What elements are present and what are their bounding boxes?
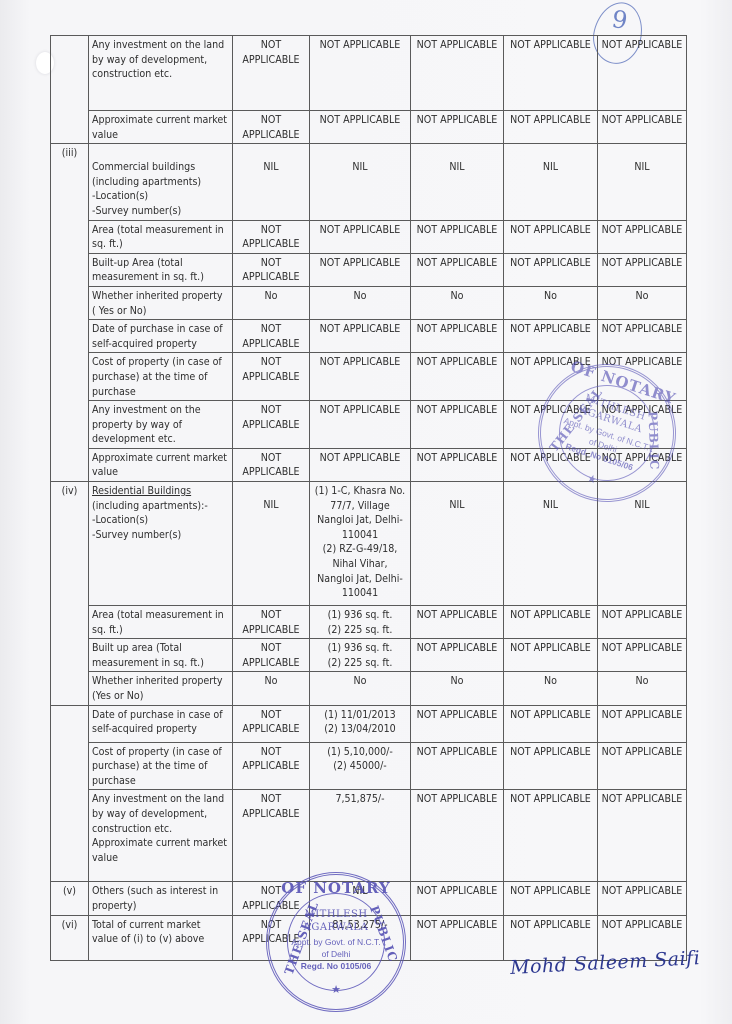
value-cell: (1) 936 sq. ft. (2) 225 sq. ft. — [310, 606, 411, 639]
value-text: NOT APPLICABLE — [510, 224, 591, 236]
value-text: NOT APPLICABLE — [320, 257, 401, 269]
value-text: No — [354, 290, 367, 302]
row-label: Total of current market value of (i) to … — [89, 915, 233, 960]
value-text: NOT APPLICABLE — [510, 746, 591, 758]
row-label: Any investment on the land by way of dev… — [89, 36, 233, 111]
row-label: Date of purchase in case of self-acquire… — [89, 705, 233, 742]
value-cell: NOT APPLICABLE — [504, 790, 598, 882]
value-cell: NOT APPLICABLE — [411, 882, 504, 915]
value-text: NOT APPLICABLE — [602, 323, 683, 335]
value-text: NOT APPLICABLE — [417, 642, 498, 654]
value-text: NOT APPLICABLE — [510, 323, 591, 335]
value-cell: NOT APPLICABLE — [504, 220, 598, 253]
value-text: NOT APPLICABLE — [602, 642, 683, 654]
value-text: NOT APPLICABLE — [510, 642, 591, 654]
row-label: Any investment on the property by way of… — [89, 401, 233, 449]
value-cell: NOT APPLICABLE — [504, 353, 598, 401]
value-text: NIL — [263, 161, 278, 173]
value-cell: NOT APPLICABLE — [504, 606, 598, 639]
value-text: NOT APPLICABLE — [417, 452, 498, 464]
value-text: (1) 1-C, Khasra No. 77/7, Village Nanglo… — [315, 485, 405, 599]
row-label-text: Cost of property (in case of purchase) a… — [92, 356, 222, 397]
table-row: (iii)Commercial buildings (including apa… — [51, 144, 687, 220]
value-text: NIL — [352, 885, 367, 897]
value-cell: NOT APPLICABLE — [598, 220, 687, 253]
value-text: (1) 11/01/2013 (2) 13/04/2010 — [324, 709, 395, 736]
value-cell: NOT APPLICABLE — [411, 401, 504, 449]
table-row: Built-up Area (total measurement in sq. … — [51, 253, 687, 286]
value-cell: NOT APPLICABLE — [233, 790, 310, 882]
value-cell: NOT APPLICABLE — [504, 882, 598, 915]
value-cell: NOT APPLICABLE — [598, 36, 687, 111]
value-cell: NOT APPLICABLE — [310, 220, 411, 253]
item-index — [51, 36, 89, 144]
table-row: Any investment on the land by way of dev… — [51, 36, 687, 111]
value-text: (1) 5,10,000/- (2) 45000/- — [327, 746, 393, 773]
value-text: NIL — [352, 161, 367, 173]
value-cell: No — [411, 286, 504, 319]
value-cell: NOT APPLICABLE — [411, 111, 504, 144]
value-text: NOT APPLICABLE — [510, 257, 591, 269]
row-label-text: Any investment on the land by way of dev… — [92, 793, 227, 863]
row-label: Approximate current market value — [89, 111, 233, 144]
value-text: NOT APPLICABLE — [242, 793, 299, 820]
value-text: NOT APPLICABLE — [242, 642, 299, 669]
value-cell: NOT APPLICABLE — [504, 705, 598, 742]
row-label: Cost of property (in case of purchase) a… — [89, 742, 233, 790]
value-cell: NOT APPLICABLE — [598, 253, 687, 286]
row-label-text: Area (total measurement in sq. ft.) — [92, 609, 224, 636]
table-row: Whether inherited property ( Yes or No)N… — [51, 286, 687, 319]
value-cell: NIL — [504, 144, 598, 220]
value-text: No — [265, 290, 278, 302]
value-text: NOT APPLICABLE — [417, 257, 498, 269]
value-cell: 7,51,875/- — [310, 790, 411, 882]
value-text: NOT APPLICABLE — [242, 356, 299, 383]
value-cell: NOT APPLICABLE — [411, 320, 504, 353]
value-text: NOT APPLICABLE — [510, 885, 591, 897]
value-text: NOT APPLICABLE — [417, 709, 498, 721]
table-row: Whether inherited property (Yes or No)No… — [51, 672, 687, 705]
table-row: Any investment on the land by way of dev… — [51, 790, 687, 882]
table-row: Cost of property (in case of purchase) a… — [51, 742, 687, 790]
value-text: No — [265, 675, 278, 687]
value-text: NIL — [449, 161, 464, 173]
table-row: Date of purchase in case of self-acquire… — [51, 705, 687, 742]
value-cell: NOT APPLICABLE — [233, 320, 310, 353]
value-text: NOT APPLICABLE — [320, 452, 401, 464]
row-label-text: Date of purchase in case of self-acquire… — [92, 709, 223, 736]
value-text: NOT APPLICABLE — [242, 452, 299, 479]
item-index — [51, 705, 89, 882]
value-text: 7,51,875/- — [335, 793, 384, 805]
value-text: NOT APPLICABLE — [417, 224, 498, 236]
value-cell: NOT APPLICABLE — [598, 882, 687, 915]
value-cell: No — [310, 672, 411, 705]
row-label-text: Whether inherited property (Yes or No) — [92, 675, 223, 702]
value-text: NOT APPLICABLE — [242, 709, 299, 736]
value-cell: (1) 5,10,000/- (2) 45000/- — [310, 742, 411, 790]
row-label: Date of purchase in case of self-acquire… — [89, 320, 233, 353]
star-icon: ★ — [269, 983, 403, 996]
value-text: NOT APPLICABLE — [510, 793, 591, 805]
value-cell: NOT APPLICABLE — [310, 353, 411, 401]
value-cell: 81,53,275/- — [310, 915, 411, 960]
value-cell: NOT APPLICABLE — [411, 742, 504, 790]
row-label-text: Built up area (Total measurement in sq. … — [92, 642, 204, 669]
value-cell: NOT APPLICABLE — [233, 448, 310, 481]
value-cell: NOT APPLICABLE — [598, 705, 687, 742]
value-cell: NIL — [310, 882, 411, 915]
value-text: NOT APPLICABLE — [320, 404, 401, 416]
value-cell: NOT APPLICABLE — [233, 220, 310, 253]
value-text: NOT APPLICABLE — [602, 257, 683, 269]
item-index: (vi) — [51, 915, 89, 960]
value-cell: NOT APPLICABLE — [598, 448, 687, 481]
value-cell: NOT APPLICABLE — [504, 401, 598, 449]
value-cell: NOT APPLICABLE — [411, 915, 504, 960]
value-text: No — [544, 290, 557, 302]
value-cell: NIL — [411, 482, 504, 606]
value-cell: NOT APPLICABLE — [233, 353, 310, 401]
value-text: NOT APPLICABLE — [417, 404, 498, 416]
row-label-text: Whether inherited property ( Yes or No) — [92, 290, 223, 317]
value-cell: No — [233, 286, 310, 319]
value-text: NOT APPLICABLE — [602, 709, 683, 721]
value-cell: NOT APPLICABLE — [598, 639, 687, 672]
value-text: (1) 936 sq. ft. (2) 225 sq. ft. — [328, 609, 393, 636]
value-text: NOT APPLICABLE — [242, 39, 299, 66]
value-text: No — [636, 675, 649, 687]
row-label-text: Any investment on the land by way of dev… — [92, 39, 224, 80]
row-label: Whether inherited property (Yes or No) — [89, 672, 233, 705]
value-text: NOT APPLICABLE — [602, 452, 683, 464]
value-cell: NOT APPLICABLE — [411, 606, 504, 639]
row-label-rest: (including apartments):- -Location(s) -S… — [92, 500, 208, 541]
value-text: NOT APPLICABLE — [417, 39, 498, 51]
value-cell: No — [504, 672, 598, 705]
table-row: (iv)Residential Buildings (including apa… — [51, 482, 687, 606]
value-cell: NIL — [598, 144, 687, 220]
value-cell: NOT APPLICABLE — [411, 639, 504, 672]
value-cell: NOT APPLICABLE — [598, 742, 687, 790]
value-cell: NOT APPLICABLE — [598, 320, 687, 353]
value-text: No — [636, 290, 649, 302]
row-label: Approximate current market value — [89, 448, 233, 481]
value-text: NOT APPLICABLE — [602, 224, 683, 236]
table-row: Area (total measurement in sq. ft.)NOT A… — [51, 220, 687, 253]
row-label-text: Others (such as interest in property) — [92, 885, 218, 912]
row-label-text: Cost of property (in case of purchase) a… — [92, 746, 222, 787]
value-cell: NOT APPLICABLE — [598, 606, 687, 639]
value-cell: (1) 936 sq. ft. (2) 225 sq. ft. — [310, 639, 411, 672]
value-cell: NOT APPLICABLE — [233, 36, 310, 111]
value-cell: No — [598, 672, 687, 705]
row-label: Commercial buildings (including apartmen… — [89, 144, 233, 220]
value-cell: NOT APPLICABLE — [233, 639, 310, 672]
asset-declaration-table: Any investment on the land by way of dev… — [50, 35, 687, 961]
value-cell: NOT APPLICABLE — [504, 320, 598, 353]
value-text: NOT APPLICABLE — [417, 356, 498, 368]
table-row: Built up area (Total measurement in sq. … — [51, 639, 687, 672]
row-label: Area (total measurement in sq. ft.) — [89, 606, 233, 639]
value-text: NOT APPLICABLE — [417, 919, 498, 931]
value-text: NOT APPLICABLE — [602, 114, 683, 126]
row-label: Cost of property (in case of purchase) a… — [89, 353, 233, 401]
value-text: NOT APPLICABLE — [320, 224, 401, 236]
value-cell: (1) 11/01/2013 (2) 13/04/2010 — [310, 705, 411, 742]
value-cell: NOT APPLICABLE — [504, 253, 598, 286]
value-cell: NOT APPLICABLE — [310, 253, 411, 286]
value-cell: NOT APPLICABLE — [310, 36, 411, 111]
value-cell: NOT APPLICABLE — [598, 790, 687, 882]
value-text: NOT APPLICABLE — [242, 609, 299, 636]
value-text: NOT APPLICABLE — [510, 356, 591, 368]
value-cell: NOT APPLICABLE — [504, 742, 598, 790]
row-label: Area (total measurement in sq. ft.) — [89, 220, 233, 253]
row-label-text: Built-up Area (total measurement in sq. … — [92, 257, 204, 284]
value-cell: NOT APPLICABLE — [504, 448, 598, 481]
value-text: NOT APPLICABLE — [320, 323, 401, 335]
value-cell: NOT APPLICABLE — [310, 320, 411, 353]
value-text: NOT APPLICABLE — [320, 39, 401, 51]
value-cell: NOT APPLICABLE — [411, 253, 504, 286]
value-cell: NOT APPLICABLE — [504, 36, 598, 111]
row-label-text: Total of current market value of (i) to … — [92, 919, 204, 946]
value-text: NOT APPLICABLE — [510, 919, 591, 931]
value-text: NOT APPLICABLE — [417, 746, 498, 758]
table-row: Cost of property (in case of purchase) a… — [51, 353, 687, 401]
value-text: NIL — [634, 161, 649, 173]
value-text: NOT APPLICABLE — [242, 323, 299, 350]
row-label: Whether inherited property ( Yes or No) — [89, 286, 233, 319]
value-text: NOT APPLICABLE — [242, 224, 299, 251]
value-cell: NOT APPLICABLE — [598, 401, 687, 449]
row-label: Any investment on the land by way of dev… — [89, 790, 233, 882]
value-text: NIL — [543, 499, 558, 511]
value-text: NOT APPLICABLE — [602, 609, 683, 621]
value-cell: NOT APPLICABLE — [598, 353, 687, 401]
value-cell: NOT APPLICABLE — [233, 915, 310, 960]
value-cell: NOT APPLICABLE — [411, 790, 504, 882]
value-text: NOT APPLICABLE — [602, 919, 683, 931]
value-cell: NOT APPLICABLE — [598, 111, 687, 144]
stamp-registration: Regd. No 0105/06 — [269, 961, 403, 971]
value-cell: (1) 1-C, Khasra No. 77/7, Village Nanglo… — [310, 482, 411, 606]
value-cell: No — [233, 672, 310, 705]
value-text: NOT APPLICABLE — [602, 746, 683, 758]
value-cell: NOT APPLICABLE — [233, 882, 310, 915]
value-cell: NOT APPLICABLE — [233, 253, 310, 286]
value-cell: NOT APPLICABLE — [310, 401, 411, 449]
table-body: Any investment on the land by way of dev… — [51, 36, 687, 961]
value-text: No — [354, 675, 367, 687]
value-text: NIL — [543, 161, 558, 173]
value-cell: NOT APPLICABLE — [233, 606, 310, 639]
value-cell: NIL — [411, 144, 504, 220]
value-text: NOT APPLICABLE — [242, 257, 299, 284]
table-row: Approximate current market valueNOT APPL… — [51, 111, 687, 144]
value-text: NOT APPLICABLE — [417, 323, 498, 335]
value-text: NOT APPLICABLE — [510, 709, 591, 721]
value-text: NIL — [634, 499, 649, 511]
value-cell: No — [504, 286, 598, 319]
value-text: NOT APPLICABLE — [242, 919, 299, 946]
value-text: NOT APPLICABLE — [242, 404, 299, 431]
value-text: NOT APPLICABLE — [510, 452, 591, 464]
row-label-underlined: Residential Buildings — [92, 485, 191, 497]
value-text: NIL — [263, 499, 278, 511]
value-text: NOT APPLICABLE — [417, 114, 498, 126]
value-cell: No — [411, 672, 504, 705]
row-label: Built-up Area (total measurement in sq. … — [89, 253, 233, 286]
table-row: Any investment on the property by way of… — [51, 401, 687, 449]
row-label-text: Approximate current market value — [92, 114, 227, 141]
row-label: Built up area (Total measurement in sq. … — [89, 639, 233, 672]
row-label-text: Approximate current market value — [92, 452, 227, 479]
value-cell: No — [598, 286, 687, 319]
value-cell: NIL — [233, 144, 310, 220]
value-cell: NIL — [310, 144, 411, 220]
value-text: NOT APPLICABLE — [602, 885, 683, 897]
value-cell: NOT APPLICABLE — [411, 448, 504, 481]
value-cell: NOT APPLICABLE — [233, 401, 310, 449]
value-cell: No — [310, 286, 411, 319]
value-cell: NOT APPLICABLE — [411, 705, 504, 742]
row-label: Others (such as interest in property) — [89, 882, 233, 915]
row-label-text: Date of purchase in case of self-acquire… — [92, 323, 223, 350]
value-text: NOT APPLICABLE — [602, 39, 683, 51]
row-label: Residential Buildings (including apartme… — [89, 482, 233, 606]
value-cell: NIL — [598, 482, 687, 606]
value-text: NOT APPLICABLE — [417, 885, 498, 897]
value-text: NOT APPLICABLE — [242, 114, 299, 141]
value-text: NOT APPLICABLE — [417, 793, 498, 805]
value-text: No — [451, 675, 464, 687]
value-text: NOT APPLICABLE — [320, 356, 401, 368]
row-label-text: Area (total measurement in sq. ft.) — [92, 224, 224, 251]
value-text: NOT APPLICABLE — [602, 356, 683, 368]
value-text: NOT APPLICABLE — [320, 114, 401, 126]
value-cell: NOT APPLICABLE — [504, 111, 598, 144]
table-row: Date of purchase in case of self-acquire… — [51, 320, 687, 353]
item-index: (iv) — [51, 482, 89, 706]
value-text: NOT APPLICABLE — [602, 793, 683, 805]
value-cell: NOT APPLICABLE — [233, 111, 310, 144]
value-cell: NOT APPLICABLE — [233, 742, 310, 790]
row-label-text: Commercial buildings (including apartmen… — [92, 161, 201, 217]
value-cell: NOT APPLICABLE — [504, 639, 598, 672]
value-cell: NOT APPLICABLE — [411, 353, 504, 401]
table-row: Area (total measurement in sq. ft.)NOT A… — [51, 606, 687, 639]
value-text: NOT APPLICABLE — [510, 114, 591, 126]
value-text: NIL — [449, 499, 464, 511]
table-row: Approximate current market valueNOT APPL… — [51, 448, 687, 481]
value-text: No — [451, 290, 464, 302]
value-cell: NIL — [233, 482, 310, 606]
value-text: NOT APPLICABLE — [242, 885, 299, 912]
document-page: 9 Any investment on the land by way of d… — [0, 0, 732, 1024]
value-cell: NIL — [504, 482, 598, 606]
value-cell: NOT APPLICABLE — [411, 36, 504, 111]
table-row: (v)Others (such as interest in property)… — [51, 882, 687, 915]
item-index: (iii) — [51, 144, 89, 482]
row-label-text: Any investment on the property by way of… — [92, 404, 201, 445]
value-text: NOT APPLICABLE — [510, 609, 591, 621]
value-cell: NOT APPLICABLE — [233, 705, 310, 742]
value-text: 81,53,275/- — [332, 919, 387, 931]
value-text: NOT APPLICABLE — [417, 609, 498, 621]
item-index: (v) — [51, 882, 89, 915]
value-text: NOT APPLICABLE — [510, 39, 591, 51]
value-text: (1) 936 sq. ft. (2) 225 sq. ft. — [328, 642, 393, 669]
value-cell: NOT APPLICABLE — [310, 111, 411, 144]
value-text: No — [544, 675, 557, 687]
value-text: NOT APPLICABLE — [602, 404, 683, 416]
value-cell: NOT APPLICABLE — [310, 448, 411, 481]
value-cell: NOT APPLICABLE — [411, 220, 504, 253]
value-text: NOT APPLICABLE — [510, 404, 591, 416]
value-text: NOT APPLICABLE — [242, 746, 299, 773]
